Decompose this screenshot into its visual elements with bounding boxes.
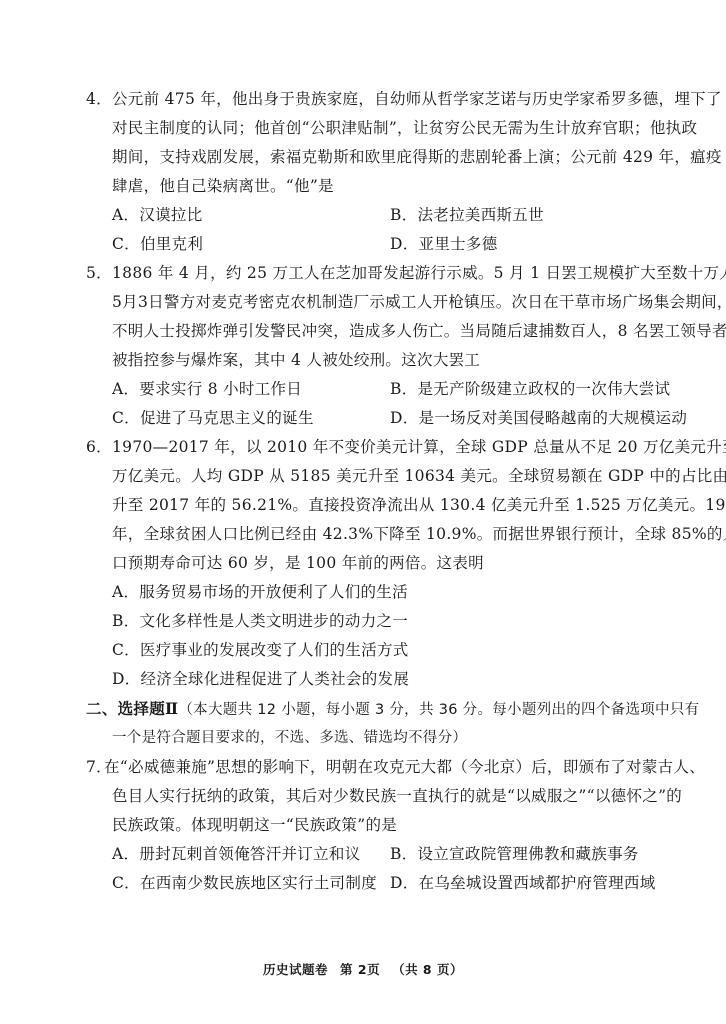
footer-subject: 历史试题卷 — [263, 962, 328, 977]
option-c: C．伯里克利 — [112, 234, 203, 254]
question-text-line: 期间，支持戏剧发展，索福克勒斯和欧里庇得斯的悲剧轮番上演；公元前 429 年，瘟… — [112, 147, 722, 167]
question-text-line: 色目人实行抚纳的政策，其后对少数民族一直执行的就是“以威服之”“以德怀之”的 — [112, 786, 682, 806]
question-text-line: 在“必威德兼施”思想的影响下，明朝在攻克元大都（今北京）后，即颁布了对蒙古人、 — [104, 757, 705, 777]
question-text-line: 1886 年 4 月，约 25 万工人在芝加哥发起游行示威。5 月 1 日罢工规… — [112, 263, 726, 283]
question-number: 4． — [86, 89, 112, 109]
question-text-line: 对民主制度的认同；他首创“公职津贴制”，让贫穷公民无需为生计放弃官职；他执政 — [112, 118, 697, 138]
question-number: 5． — [86, 263, 112, 283]
option-b: B．文化多样性是人类文明进步的动力之一 — [112, 611, 408, 631]
option-b: B．设立宣政院管理佛教和藏族事务 — [390, 844, 639, 864]
option-a: A．册封瓦剌首领俺答汗并订立和议 — [112, 844, 361, 864]
question-text-line: 民族政策。体现明朝这一“民族政策”的是 — [112, 815, 397, 835]
option-c: C．促进了马克思主义的诞生 — [112, 408, 314, 428]
section-note: （本大题共 12 小题，每小题 3 分，共 36 分。每小题列出的四个备选项中只… — [178, 702, 699, 718]
question-text-line: 被指控参与爆炸案，其中 4 人被处绞刑。这次大罢工 — [112, 350, 480, 370]
question-text-line: 万亿美元。人均 GDP 从 5185 美元升至 10634 美元。全球贸易额在 … — [112, 466, 726, 486]
question-number: 6． — [86, 437, 112, 457]
option-d: D．亚里士多德 — [390, 234, 498, 254]
question-text-line: 1970—2017 年，以 2010 年不变价美元计算，全球 GDP 总量从不足… — [112, 437, 726, 457]
question-text-line: 年，全球贫困人口比例已经由 42.3%下降至 10.9%。而据世界银行预计，全球… — [112, 524, 726, 544]
section-heading-line: 二、选择题Ⅱ（本大题共 12 小题，每小题 3 分，共 36 分。每小题列出的四… — [86, 699, 699, 720]
section-title: 二、选择题Ⅱ — [86, 699, 178, 718]
option-b: B．法老拉美西斯五世 — [390, 205, 544, 225]
question-text-line: 公元前 475 年，他出身于贵族家庭，自幼师从哲学家芝诺与历史学家希罗多德，埋下… — [112, 89, 722, 109]
footer-total-pages: （共 8 页） — [392, 962, 463, 977]
option-a: A．汉谟拉比 — [112, 205, 203, 225]
footer-page-number: 第 2页 — [340, 962, 380, 977]
question-text-line: 升至 2017 年的 56.21%。直接投资净流出从 130.4 亿美元升至 1… — [112, 495, 726, 515]
option-c: C．医疗事业的发展改变了人们的生活方式 — [112, 640, 409, 660]
question-text-line: 口预期寿命可达 60 岁，是 100 年前的两倍。这表明 — [112, 553, 484, 573]
option-b: B．是无产阶级建立政权的一次伟大尝试 — [390, 379, 670, 399]
page-footer: 历史试题卷第 2页（共 8 页） — [0, 960, 726, 978]
exam-page: 4． 公元前 475 年，他出身于贵族家庭，自幼师从哲学家芝诺与历史学家希罗多德… — [0, 0, 726, 1024]
option-d: D．在乌垒城设置西域都护府管理西域 — [390, 873, 656, 893]
option-d: D．是一场反对美国侵略越南的大规模运动 — [390, 408, 687, 428]
option-a: A．服务贸易市场的开放便利了人们的生活 — [112, 582, 408, 602]
question-text-line: 5月3日警方对麦克考密克农机制造厂示威工人开枪镇压。次日在干草市场广场集会期间， — [112, 292, 726, 312]
option-d: D．经济全球化进程促进了人类社会的发展 — [112, 669, 409, 689]
option-a: A．要求实行 8 小时工作日 — [112, 379, 302, 399]
section-note-line: 一个是符合题目要求的，不选、多选、错选均不得分） — [112, 728, 467, 748]
question-text-line: 肆虐，他自己染病离世。“他”是 — [112, 176, 334, 196]
question-text-line: 不明人士投掷炸弹引发警民冲突，造成多人伤亡。当局随后逮捕数百人，8 名罢工领导者 — [112, 321, 726, 341]
option-c: C．在西南少数民族地区实行土司制度 — [112, 873, 377, 893]
